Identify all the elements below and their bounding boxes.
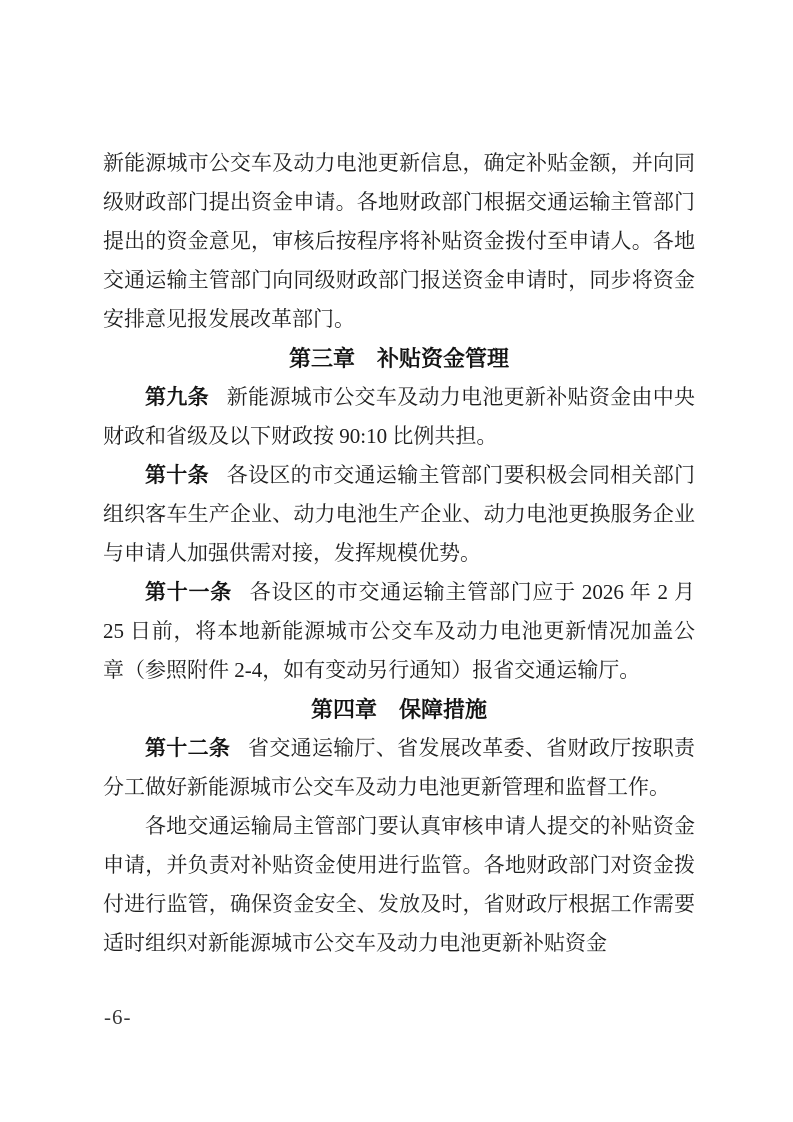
article-10: 第十条各设区的市交通运输主管部门要积极会同相关部门组织客车生产企业、动力电池生产…: [103, 456, 695, 573]
article-12-number: 第十二条: [145, 736, 230, 760]
paragraph-supervision: 各地交通运输局主管部门要认真审核申请人提交的补贴资金申请，并负责对补贴资金使用进…: [103, 807, 695, 963]
article-11: 第十一条各设区的市交通运输主管部门应于 2026 年 2 月 25 日前，将本地…: [103, 573, 695, 690]
paragraph-continuation: 新能源城市公交车及动力电池更新信息，确定补贴金额，并向同级财政部门提出资金申请。…: [103, 144, 695, 339]
chapter-heading-4: 第四章 保障措施: [103, 690, 695, 729]
document-body: 新能源城市公交车及动力电池更新信息，确定补贴金额，并向同级财政部门提出资金申请。…: [103, 144, 695, 963]
article-11-number: 第十一条: [145, 580, 232, 604]
chapter-heading-3: 第三章 补贴资金管理: [103, 339, 695, 378]
document-page: 新能源城市公交车及动力电池更新信息，确定补贴金额，并向同级财政部门提出资金申请。…: [0, 0, 793, 1122]
article-9: 第九条新能源城市公交车及动力电池更新补贴资金由中央财政和省级及以下财政按 90:…: [103, 378, 695, 456]
article-10-number: 第十条: [145, 463, 209, 487]
page-number: -6-: [104, 1002, 132, 1032]
article-12: 第十二条省交通运输厅、省发展改革委、省财政厅按职责分工做好新能源城市公交车及动力…: [103, 729, 695, 807]
article-9-number: 第九条: [145, 385, 209, 409]
